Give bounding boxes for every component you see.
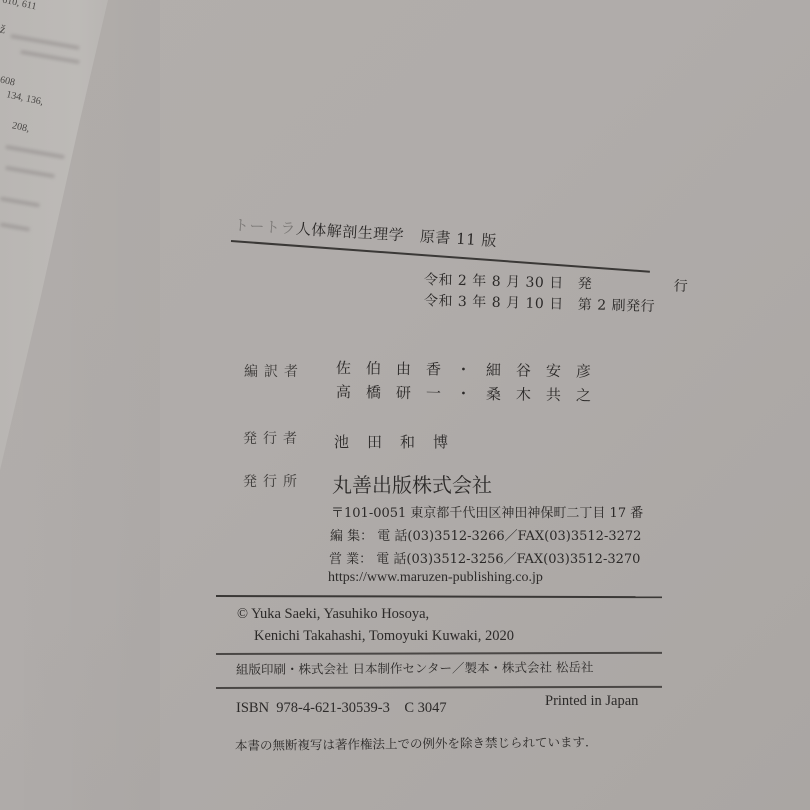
publisher-url: https://www.maruzen-publishing.co.jp: [328, 570, 543, 586]
second-issue-label: 第 2 刷発行: [578, 297, 656, 315]
printing-info: 組版印刷・株式会社 日本制作センター／製本・株式会社 松岳社: [236, 658, 594, 678]
publisher-address: 〒101-0051 東京都千代田区神田神保町二丁目 17 番: [331, 502, 643, 521]
title-edition: 原書 11 版: [419, 227, 497, 250]
publisher-label: 発行者: [243, 428, 303, 448]
printed-in-japan: Printed in Japan: [545, 693, 638, 710]
publishing-house-name: 丸善出版株式会社: [332, 469, 492, 498]
editorial-contact: 編 集： 電 話(03)3512-3266／FAX(03)3512-3272: [330, 525, 641, 544]
copy-prohibition-notice: 本書の無断複写は著作権法上での例外を除き禁じられています.: [235, 732, 589, 754]
publisher-name: 池田和博: [334, 431, 466, 452]
publishing-house-label: 発行所: [243, 471, 303, 491]
isbn: ISBN 978-4-621-30539-3 C 3047: [236, 696, 447, 717]
translators-line-2: 高橋研一・桑木共之: [336, 381, 606, 406]
copyright-line-2: Kenichi Takahashi, Tomoyuki Kuwaki, 2020: [254, 628, 514, 645]
translators-line-1: 佐伯由香・細谷安彦: [336, 357, 606, 382]
title-prefix: トートラ: [233, 216, 296, 238]
first-issue-date: 令和 2 年 8 月 30 日: [424, 272, 564, 292]
second-issue-date: 令和 3 年 8 月 10 日: [424, 293, 564, 313]
sales-contact: 営 業： 電 話(03)3512-3256／FAX(03)3512-3270: [329, 548, 640, 567]
translators-label: 編訳者: [244, 361, 304, 381]
first-issue-label: 発 行: [578, 276, 722, 296]
copyright-line-1: © Yuka Saeki, Yasuhiko Hosoya,: [237, 606, 429, 623]
